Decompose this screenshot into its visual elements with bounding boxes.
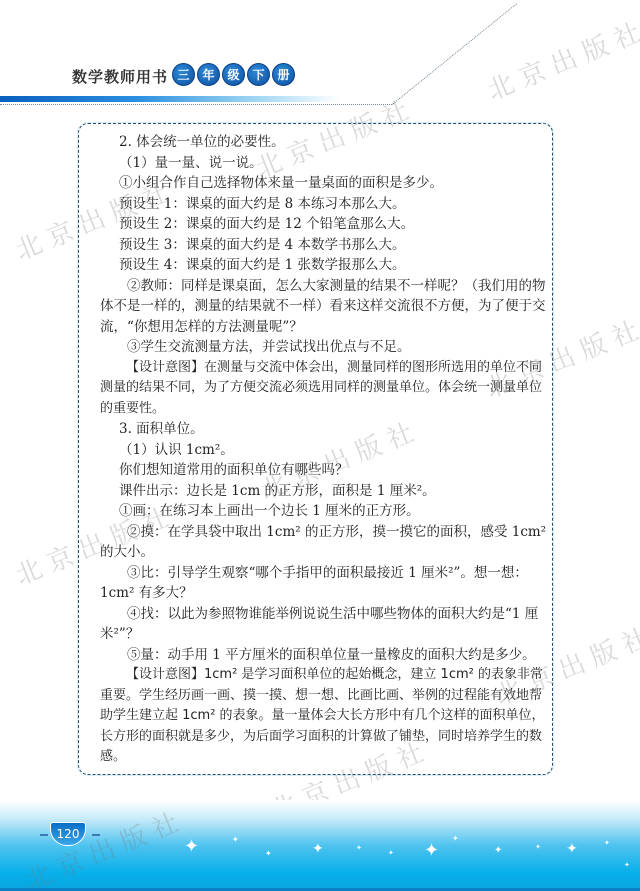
preset-answer: 预设生 1：课桌的面大约是 8 本练习本那么大。 [100,194,550,215]
grade-badge: 册 [272,63,295,86]
sparkle-icon: ✦ [232,836,239,844]
preset-answer: 预设生 4：课桌的面大约是 1 张数学报那么大。 [100,255,550,276]
sparkle-icon: ✦ [388,850,394,857]
book-title: 数学教师用书 [72,66,168,87]
watermark: 北京出版社 [19,800,190,891]
sparkle-icon: ✦ [494,846,502,856]
sparkle-icon: ✦ [312,842,324,856]
design-intent: 【设计意图】1cm² 是学习面积单位的起始概念，建立 1cm² 的表象非常重要。… [100,665,550,768]
step-text: ③比：引导学生观察“哪个手指甲的面积最接近 1 厘米²”。想一想：1cm² 有多… [100,563,550,604]
courseware-text: 课件出示：边长是 1cm 的正方形，面积是 1 厘米²。 [100,481,550,502]
sparkle-icon: ✦ [424,842,439,860]
step-text: ②摸：在学具袋中取出 1cm² 的正方形，摸一摸它的面积，感受 1cm² 的大小… [100,522,550,563]
header-gradient-bar [0,96,340,102]
sparkle-icon: ✦ [452,835,459,843]
step-text: ⑤量：动手用 1 平方厘米的面积单位量一量橡皮的面积大约是多少。 [100,645,550,666]
step-text: ①画：在练习本上画出一个边长 1 厘米的正方形。 [100,501,550,522]
sparkle-icon: ✦ [624,862,630,869]
question-text: 你们想知道常用的面积单位有哪些吗？ [100,460,550,481]
sparkle-icon: ✦ [604,840,610,847]
preset-answer: 预设生 3：课桌的面大约是 4 本数学书那么大。 [100,235,550,256]
grade-badge: 三 [172,63,195,86]
sparkle-icon: ✦ [265,850,272,858]
grade-badges: 三 年 级 下 册 [172,63,295,86]
subsection-heading: （1）量一量、说一说。 [100,153,550,174]
page-dash-left [40,834,48,836]
step-text: ④找：以此为参照物谁能举例说说生活中哪些物体的面积大约是“1 厘米²”？ [100,604,550,645]
grade-badge: 下 [247,63,270,86]
section-heading: 3. 面积单位。 [100,419,550,440]
grade-badge: 级 [222,63,245,86]
sparkle-icon: ✦ [356,845,362,852]
preset-answer: 预设生 2：课桌的面大约是 12 个铅笔盒那么大。 [100,214,550,235]
page-footer: 120 北京出版社 ✦ ✦ ✦ ✦ ✦ ✦ ✦ ✦ ✦ ✦ ✦ ✦ ✦ [0,800,640,891]
grade-badge: 年 [197,63,220,86]
step-text: ③学生交流测量方法，并尝试找出优点与不足。 [100,337,550,358]
step-text: ②教师：同样是课桌面，怎么大家测量的结果不一样呢？（我们用的物体不是一样的，测量… [100,276,550,338]
lesson-content: 2. 体会统一单位的必要性。 （1）量一量、说一说。 ①小组合作自己选择物体来量… [100,132,550,768]
section-heading: 2. 体会统一单位的必要性。 [100,132,550,153]
page-dash-right [92,834,100,836]
page-header: 数学教师用书 三 年 级 下 册 [0,0,640,110]
sparkle-icon: ✦ [566,842,578,856]
step-text: ①小组合作自己选择物体来量一量桌面的面积是多少。 [100,173,550,194]
header-divider [0,104,392,105]
subsection-heading: （1）认识 1cm²。 [100,440,550,461]
sparkle-icon: ✦ [184,838,199,856]
page-number: 120 [50,822,86,846]
sparkle-icon: ✦ [535,844,541,851]
header-diagonal-divider [392,3,517,104]
design-intent: 【设计意图】在测量与交流中体会出，测量同样的图形所选用的单位不同测量的结果不同，… [100,358,550,420]
